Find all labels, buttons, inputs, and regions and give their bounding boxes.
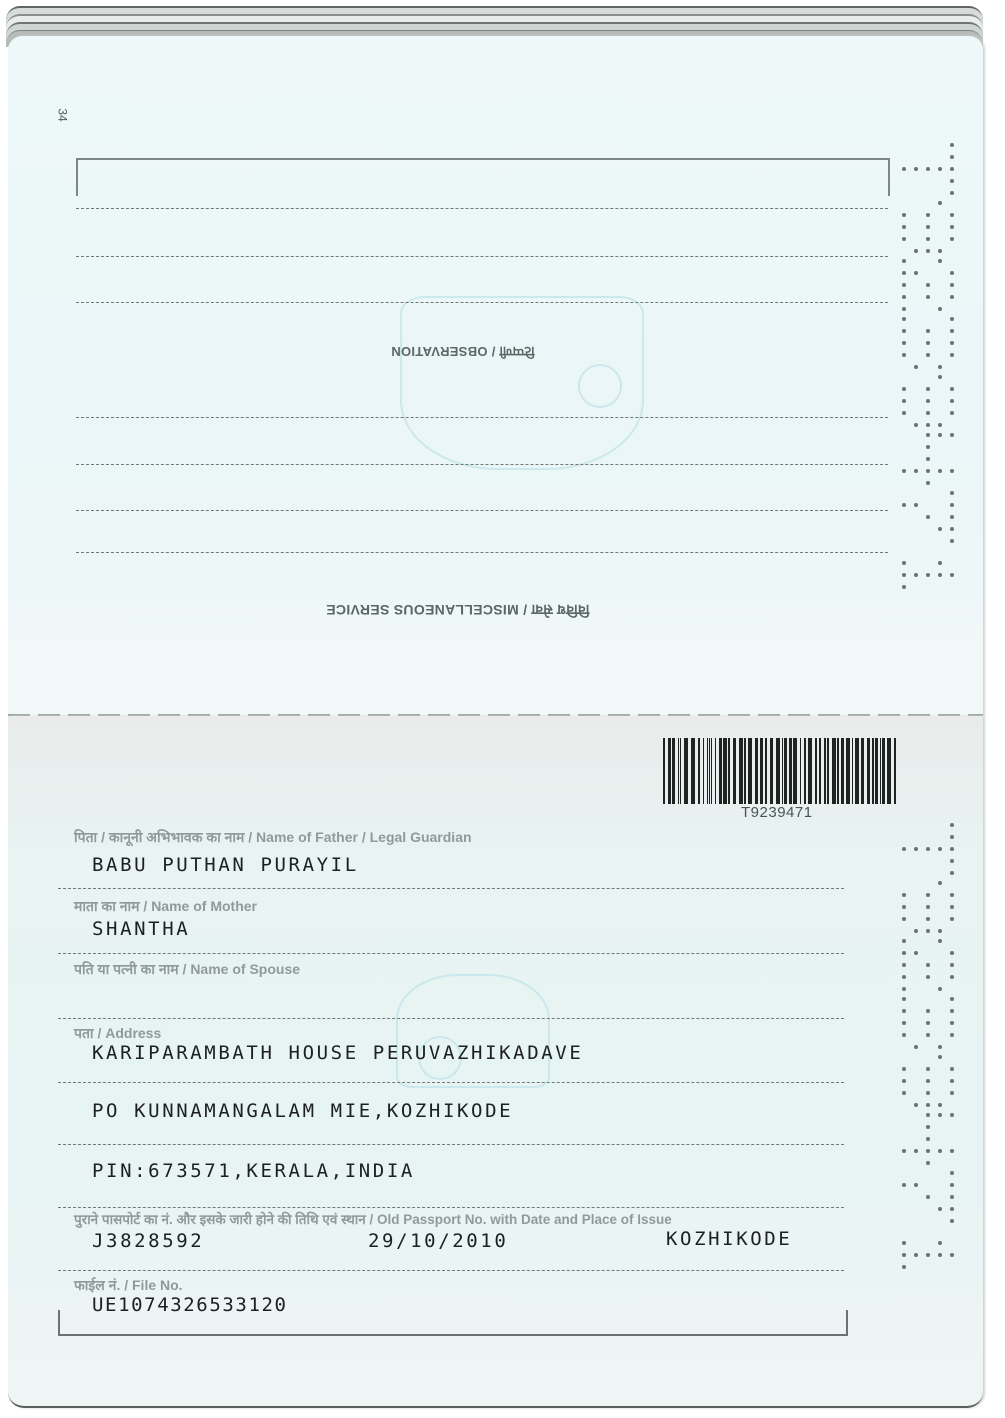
ruled-line xyxy=(58,1270,844,1271)
old-passport-number: J3828592 xyxy=(92,1230,204,1252)
barcode-number: T9239471 xyxy=(741,804,813,821)
observation-page: 34 टिप्पणी / OBSERVATION विविध सेवा / MI… xyxy=(8,36,983,716)
ruled-line xyxy=(58,1082,844,1083)
page-number: 34 xyxy=(56,108,70,121)
father-name-value: BABU PUTHAN PURAYIL xyxy=(92,854,359,876)
ruled-line xyxy=(76,417,888,418)
ruled-line xyxy=(58,888,844,889)
address-label: पता / Address xyxy=(74,1024,161,1043)
ruled-line xyxy=(76,552,888,553)
particulars-frame xyxy=(58,1310,848,1336)
ruled-line xyxy=(76,302,888,303)
ruled-line xyxy=(76,510,888,511)
barcode xyxy=(663,738,901,804)
spouse-name-label: पति या पत्नी का नाम / Name of Spouse xyxy=(74,960,300,979)
father-name-label: पिता / कानूनी अभिभावक का नाम / Name of F… xyxy=(74,828,472,847)
file-number-label: फाईल नं. / File No. xyxy=(74,1276,183,1295)
ruled-line xyxy=(58,1207,844,1208)
observation-frame xyxy=(76,158,890,196)
mother-name-value: SHANTHA xyxy=(92,918,190,940)
ruled-line xyxy=(76,208,888,209)
address-line-2: PO KUNNAMANGALAM MIE,KOZHIKODE xyxy=(92,1100,513,1122)
national-emblem-watermark-icon xyxy=(400,296,644,470)
ruled-line xyxy=(58,1144,844,1145)
ashoka-chakra-icon xyxy=(578,364,622,408)
old-passport-issue-date: 29/10/2010 xyxy=(368,1230,508,1252)
ruled-line xyxy=(58,953,844,954)
ruled-line xyxy=(58,1018,844,1019)
national-emblem-watermark-icon xyxy=(396,974,550,1088)
observation-label: टिप्पणी / OBSERVATION xyxy=(391,343,535,361)
perforation-glyph xyxy=(898,545,958,615)
address-line-1: KARIPARAMBATH HOUSE PERUVAZHIKADAVE xyxy=(92,1042,583,1064)
perforation-glyph xyxy=(898,1225,958,1295)
particulars-page: T9239471 पिता / कानूनी अभिभावक का नाम / … xyxy=(8,716,983,1408)
ruled-line xyxy=(76,464,888,465)
ruled-line xyxy=(76,256,888,257)
old-passport-issue-place: KOZHIKODE xyxy=(666,1228,792,1250)
address-line-3: PIN:673571,KERALA,INDIA xyxy=(92,1160,415,1182)
miscellaneous-service-label: विविध सेवा / MISCELLANEOUS SERVICE xyxy=(326,600,589,619)
mother-name-label: माता का नाम / Name of Mother xyxy=(74,897,257,916)
old-passport-label: पुराने पासपोर्ट का नं. और इसके जारी होने… xyxy=(74,1210,672,1228)
